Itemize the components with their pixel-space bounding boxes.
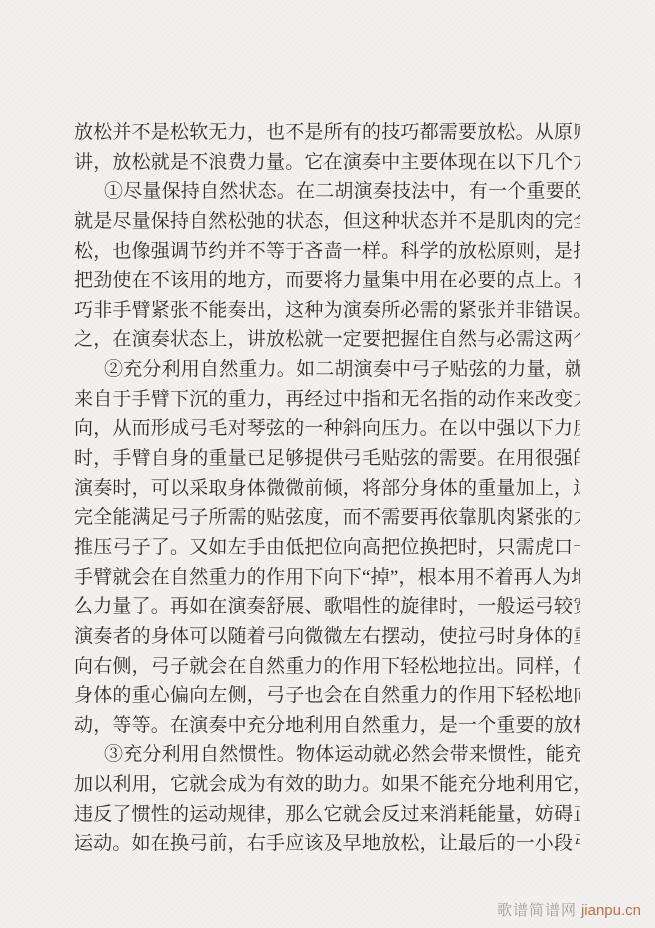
text-line: 手臂就会在自然重力的作用下向下“掉”，根本用不着再人为地加什: [74, 563, 580, 593]
text-line: 就是尽量保持自然松弛的状态，但这种状态并不是肌肉的完全放: [74, 207, 580, 237]
text-line: 向，从而形成弓毛对琴弦的一种斜向压力。在以中强以下力度演奏: [74, 414, 580, 444]
text-line: 之，在演奏状态上，讲放松就一定要把握住自然与必需这两个前提。: [74, 325, 580, 355]
watermark-site-url: jianpu.cn: [581, 902, 641, 919]
text-line: 演奏者的身体可以随着弓向微微左右摆动，使拉弓时身体的重心偏: [74, 622, 580, 652]
text-line: 来自于手臂下沉的重力，再经过中指和无名指的动作来改变力的方: [74, 385, 580, 415]
text-line: 么力量了。再如在演奏舒展、歌唱性的旋律时，一般运弓较宽，这时: [74, 592, 580, 622]
text-line: 加以利用，它就会成为有效的助力。如果不能充分地利用它，甚至: [74, 770, 580, 800]
text-line: 运动。如在换弓前，右手应该及早地放松，让最后的一小段弓子依: [74, 829, 580, 859]
text-line: 动，等等。在演奏中充分地利用自然重力，是一个重要的放松技巧。: [74, 711, 580, 741]
text-line: ③充分利用自然惯性。物体运动就必然会带来惯性，能充分地: [74, 740, 580, 770]
text-line: 讲，放松就是不浪费力量。它在演奏中主要体现在以下几个方面：: [74, 148, 580, 178]
text-line: 时，手臂自身的重量已足够提供弓毛贴弦的需要。在用很强的力度: [74, 444, 580, 474]
text-line: 演奏时，可以采取身体微微前倾，将部分身体的重量加上，这样也就: [74, 474, 580, 504]
text-line: 放松并不是松软无力，也不是所有的技巧都需要放松。从原则上来: [74, 118, 580, 148]
text-line: 松，也像强调节约并不等于吝啬一样。科学的放松原则，是指绝不: [74, 237, 580, 267]
text-line: 身体的重心偏向左侧，弓子也会在自然重力的作用下轻松地向左运: [74, 681, 580, 711]
watermark-site-name: 歌谱简谱网: [497, 902, 577, 919]
text-line: 把劲使在不该用的地方，而要将力量集中用在必要的点上。有些技: [74, 266, 580, 296]
document-text: 放松并不是松软无力，也不是所有的技巧都需要放松。从原则上来讲，放松就是不浪费力量…: [74, 118, 580, 859]
watermark: 歌谱简谱网jianpu.cn: [497, 902, 641, 920]
text-line: ①尽量保持自然状态。在二胡演奏技法中，有一个重要的原则: [74, 177, 580, 207]
text-line: 违反了惯性的运动规律，那么它就会反过来消耗能量，妨碍正常的: [74, 800, 580, 830]
text-line: 向右侧，弓子就会在自然重力的作用下轻松地拉出。同样，使推弓时: [74, 652, 580, 682]
text-line: 推压弓子了。又如左手由低把位向高把位换把时，只需虎口一松，: [74, 533, 580, 563]
text-line: 完全能满足弓子所需的贴弦度，而不需要再依靠肌肉紧张的力量来: [74, 503, 580, 533]
text-line: 巧非手臂紧张不能奏出，这种为演奏所必需的紧张并非错误。总: [74, 296, 580, 326]
text-line: ②充分利用自然重力。如二胡演奏中弓子贴弦的力量，就主要: [74, 355, 580, 385]
